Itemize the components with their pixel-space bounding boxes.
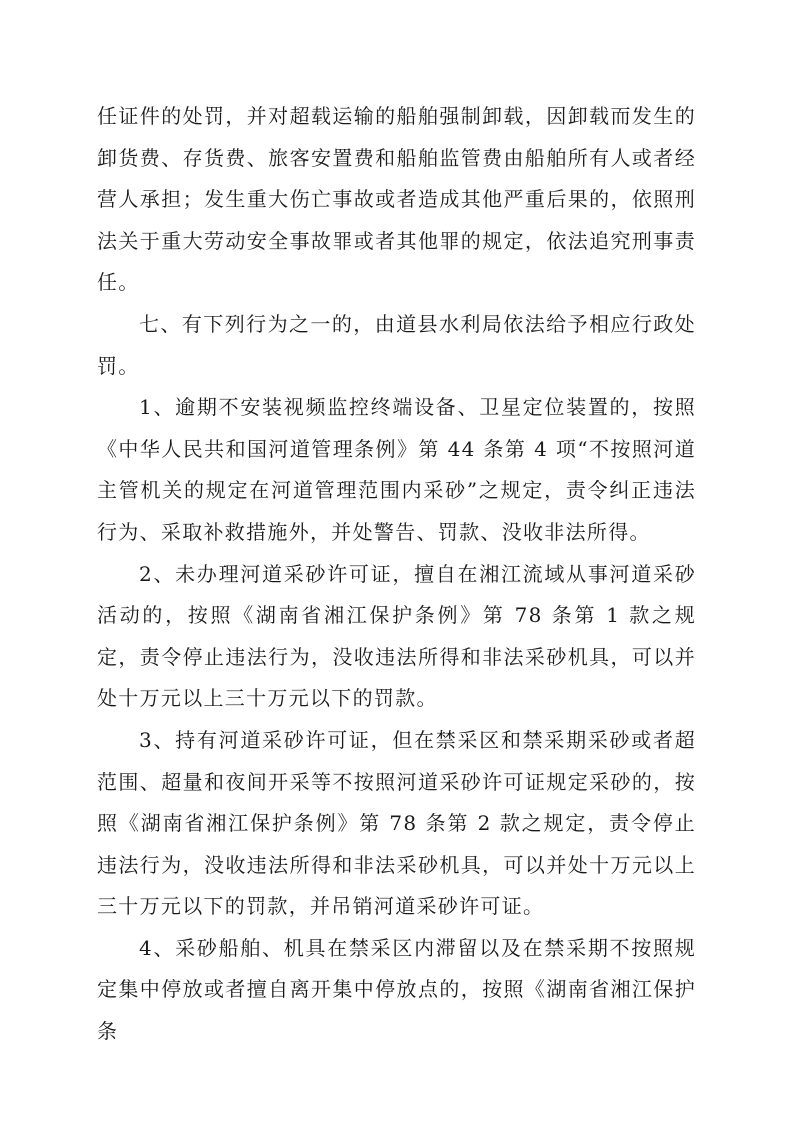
document-page: 任证件的处罚，并对超载运输的船舶强制卸载，因卸载而发生的卸货费、存货费、旅客安置…	[97, 96, 696, 1053]
paragraph-item-2: 2、未办理河道采砂许可证，擅自在湘江流域从事河道采砂活动的，按照《湖南省湘江保护…	[97, 554, 696, 720]
paragraph-item-3: 3、持有河道采砂许可证，但在禁采区和禁采期采砂或者超范围、超量和夜间开采等不按照…	[97, 720, 696, 928]
paragraph-item-4: 4、采砂船舶、机具在禁采区内滞留以及在禁采期不按照规定集中停放或者擅自离开集中停…	[97, 928, 696, 1053]
paragraph-item-1: 1、逾期不安装视频监控终端设备、卫星定位装置的，按照《中华人民共和国河道管理条例…	[97, 387, 696, 553]
paragraph-section-seven: 七、有下列行为之一的，由道县水利局依法给予相应行政处罚。	[97, 304, 696, 387]
paragraph-continuation-penalty: 任证件的处罚，并对超载运输的船舶强制卸载，因卸载而发生的卸货费、存货费、旅客安置…	[97, 96, 696, 304]
